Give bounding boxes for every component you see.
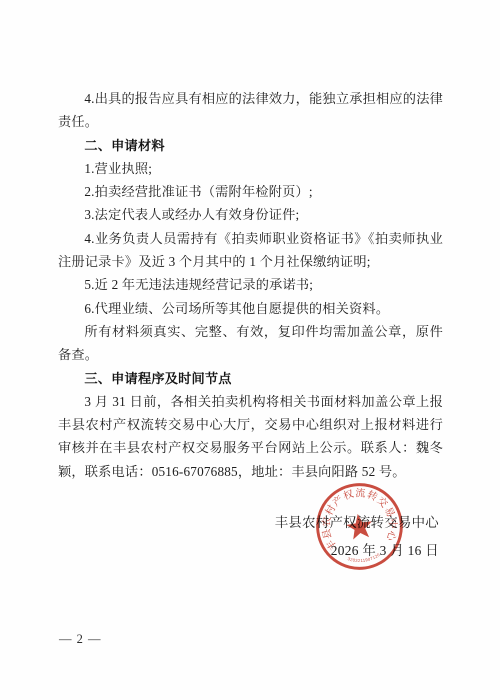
official-seal-stamp: 丰县农村产权流转交易中心 3203211907120 <box>314 481 405 572</box>
seal-star-icon <box>345 512 374 540</box>
document-page: 4.出具的报告应具有相应的法律效力，能独立承担相应的法律责任。 二、申请材料 1… <box>0 0 500 700</box>
seal-code: 3203211907120 <box>346 551 381 565</box>
list-item: 3.法定代表人或经办人有效身份证件; <box>58 203 443 226</box>
paragraph: 4.出具的报告应具有相应的法律效力，能独立承担相应的法律责任。 <box>58 87 443 134</box>
list-item: 4.业务负责人员需持有《拍卖师职业资格证书》《拍卖师执业注册记录卡》及近 3 个… <box>58 227 443 274</box>
section-heading-materials: 二、申请材料 <box>58 134 443 157</box>
list-item: 1.营业执照; <box>58 157 443 180</box>
paragraph: 3 月 31 日前，各相关拍卖机构将相关书面材料加盖公章上报丰县农村产权流转交易… <box>58 390 443 483</box>
section-heading-procedure: 三、申请程序及时间节点 <box>58 367 443 390</box>
paragraph: 所有材料须真实、完整、有效，复印件均需加盖公章，原件备查。 <box>58 320 443 367</box>
list-item: 2.拍卖经营批准证书（需附年检附页）; <box>58 180 443 203</box>
page-number: — 2 — <box>59 632 102 647</box>
list-item: 5.近 2 年无违法违规经营记录的承诺书; <box>58 273 443 296</box>
list-item: 6.代理业绩、公司场所等其他自愿提供的相关资料。 <box>58 297 443 320</box>
document-body: 4.出具的报告应具有相应的法律效力，能独立承担相应的法律责任。 二、申请材料 1… <box>58 87 443 483</box>
